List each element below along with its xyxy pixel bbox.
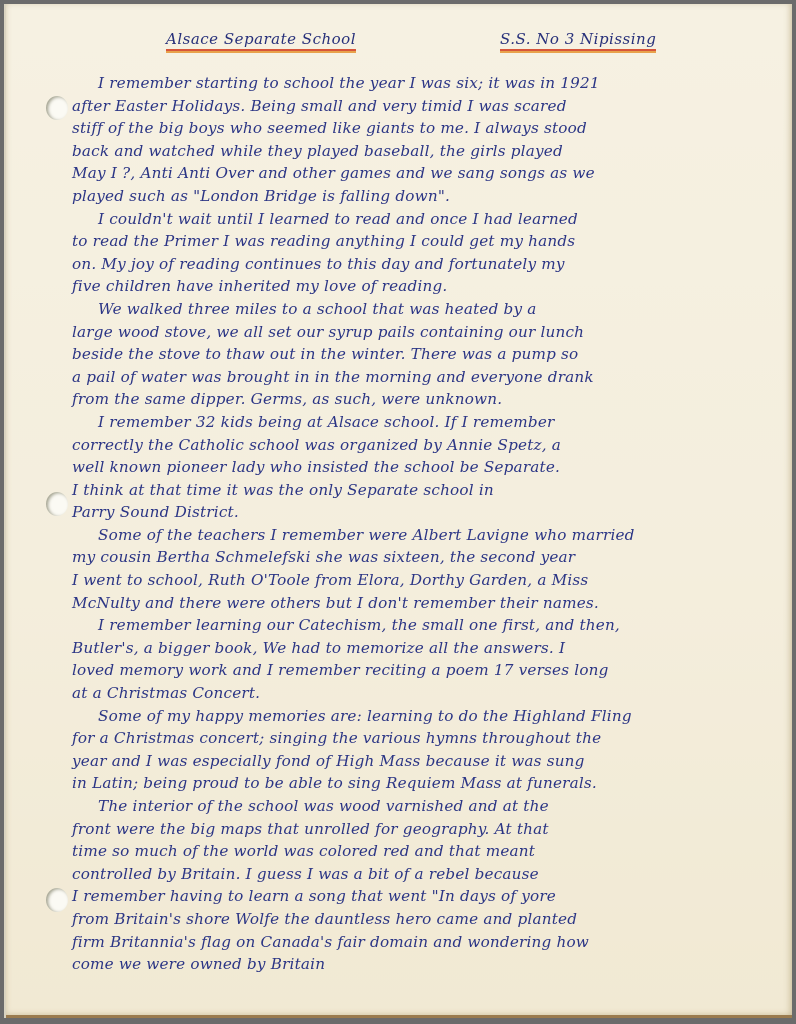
paragraph-line: after Easter Holidays. Being small and v… (72, 95, 772, 118)
paragraph-line: played such as "London Bridge is falling… (72, 185, 772, 208)
paragraph-line: firm Britannia's flag on Canada's fair d… (72, 931, 772, 954)
paragraph-line: front were the big maps that unrolled fo… (72, 818, 772, 841)
page-edge (6, 1015, 792, 1018)
paragraph-line: loved memory work and I remember recitin… (72, 659, 772, 682)
paragraph-line: from the same dipper. Germs, as such, we… (72, 388, 772, 411)
paragraph-line: at a Christmas Concert. (72, 682, 772, 705)
paragraph-first-line: Some of the teachers I remember were Alb… (72, 524, 772, 547)
paragraph-line: to read the Primer I was reading anythin… (72, 230, 772, 253)
paragraph-line: stiff of the big boys who seemed like gi… (72, 117, 772, 140)
paragraph-first-line: The interior of the school was wood varn… (72, 795, 772, 818)
punch-hole (46, 96, 68, 120)
paragraph-first-line: Some of my happy memories are: learning … (72, 705, 772, 728)
punch-hole (46, 492, 68, 516)
paragraph-first-line: I remember learning our Catechism, the s… (72, 614, 772, 637)
paragraph-line: for a Christmas concert; singing the var… (72, 727, 772, 750)
handwritten-page: Alsace Separate School S.S. No 3 Nipissi… (4, 4, 792, 1018)
paragraph-line: I remember having to learn a song that w… (72, 885, 772, 908)
paragraph-line: time so much of the world was colored re… (72, 840, 772, 863)
paragraph-first-line: I remember 32 kids being at Alsace schoo… (72, 411, 772, 434)
paragraph-line: beside the stove to thaw out in the wint… (72, 343, 772, 366)
paragraph-line: five children have inherited my love of … (72, 275, 772, 298)
paragraph-line: well known pioneer lady who insisted the… (72, 456, 772, 479)
paragraph-line: come we were owned by Britain (72, 953, 772, 976)
paragraph-line: back and watched while they played baseb… (72, 140, 772, 163)
paragraph-line: Butler's, a bigger book, We had to memor… (72, 637, 772, 660)
handwritten-body: I remember starting to school the year I… (72, 72, 772, 976)
paragraph-line: from Britain's shore Wolfe the dauntless… (72, 908, 772, 931)
paragraph-line: I think at that time it was the only Sep… (72, 479, 772, 502)
header-school-name: Alsace Separate School (166, 30, 356, 51)
paragraph-line: large wood stove, we all set our syrup p… (72, 321, 772, 344)
paragraph-line: I went to school, Ruth O'Toole from Elor… (72, 569, 772, 592)
paragraph-line: McNulty and there were others but I don'… (72, 592, 772, 615)
paragraph-first-line: I remember starting to school the year I… (72, 72, 772, 95)
paragraph-line: Parry Sound District. (72, 501, 772, 524)
paragraph-line: controlled by Britain. I guess I was a b… (72, 863, 772, 886)
paragraph-first-line: I couldn't wait until I learned to read … (72, 208, 772, 231)
header-section: S.S. No 3 Nipissing (500, 30, 656, 51)
paragraph-line: a pail of water was brought in in the mo… (72, 366, 772, 389)
punch-hole (46, 888, 68, 912)
paragraph-line: May I ?, Anti Anti Over and other games … (72, 162, 772, 185)
paragraph-line: on. My joy of reading continues to this … (72, 253, 772, 276)
paragraph-line: year and I was especially fond of High M… (72, 750, 772, 773)
paragraph-first-line: We walked three miles to a school that w… (72, 298, 772, 321)
paragraph-line: my cousin Bertha Schmelefski she was six… (72, 546, 772, 569)
paragraph-line: in Latin; being proud to be able to sing… (72, 772, 772, 795)
paragraph-line: correctly the Catholic school was organi… (72, 434, 772, 457)
